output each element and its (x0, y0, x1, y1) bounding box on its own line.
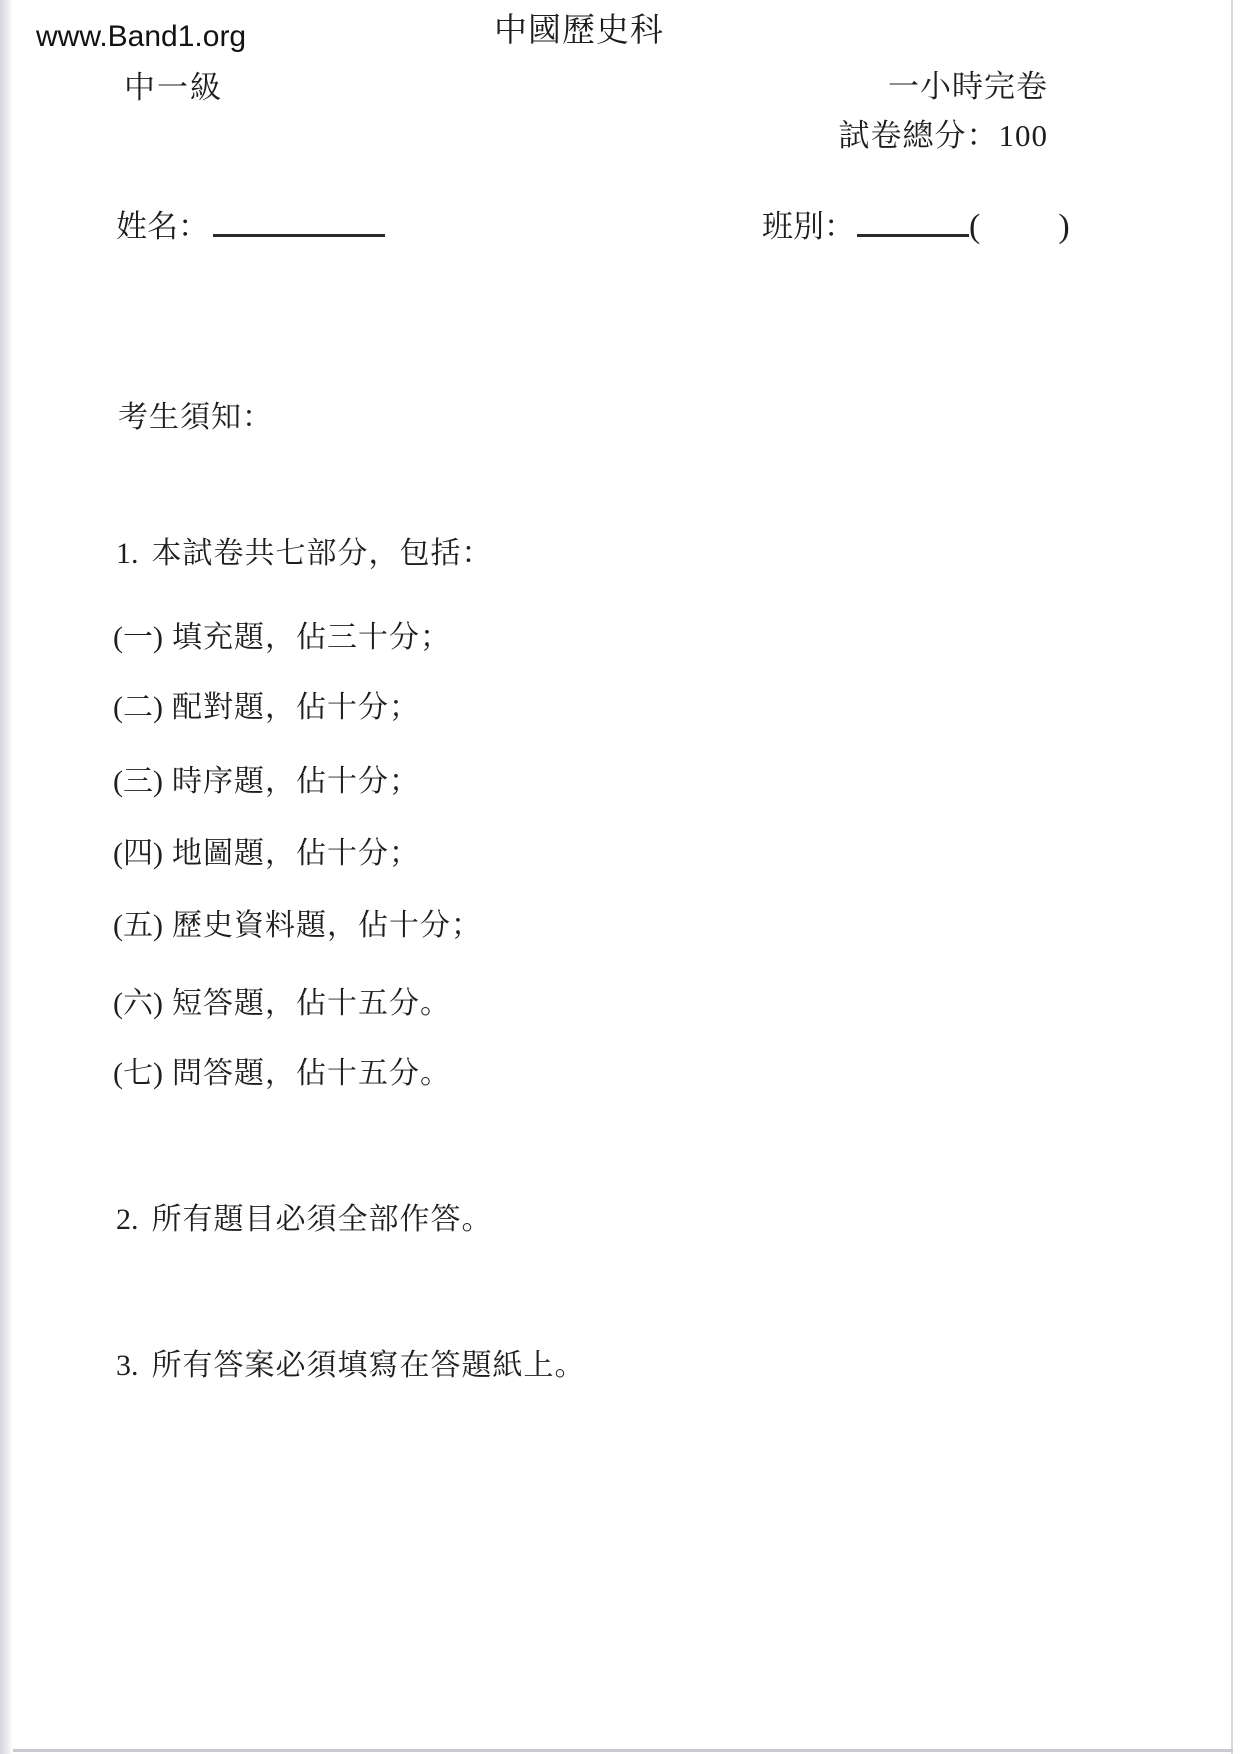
class-paren-close: ) (1058, 208, 1069, 245)
paper-section-5-number: (五) (113, 909, 163, 942)
subject-title: 中國歷史科 (494, 4, 664, 51)
exam-meta-block: 一小時完卷 試卷總分：100 (839, 62, 1049, 160)
paper-section-2-text: 配對題，佔十分； (172, 691, 420, 724)
paper-section-5: (五)歷史資料題，佔十分； (113, 900, 482, 944)
class-blank-line (857, 200, 969, 237)
paper-section-3-text: 時序題，佔十分； (172, 765, 420, 798)
paper-section-7-number: (七) (113, 1057, 163, 1090)
paper-section-6-number: (六) (113, 987, 163, 1020)
paper-section-1: (一)填充題，佔三十分； (113, 612, 451, 656)
instruction-item-2-text: 所有題目必須全部作答。 (152, 1203, 493, 1236)
paper-section-2-number: (二) (113, 691, 163, 724)
exam-total-score: 試卷總分：100 (839, 111, 1049, 160)
page-left-edge (0, 0, 13, 1754)
paper-section-6: (六)短答題，佔十五分。 (113, 978, 451, 1022)
watermark-url: www.Band1.org (36, 20, 246, 54)
paper-section-2: (二)配對題，佔十分； (113, 682, 420, 726)
page-bottom-edge (13, 1749, 1233, 1752)
class-paren-open: ( (969, 208, 980, 245)
paper-section-4: (四)地圖題，佔十分； (113, 828, 420, 872)
class-label: 班別： (762, 209, 855, 244)
candidates-notice-heading: 考生須知： (118, 392, 273, 436)
paper-section-7-text: 問答題，佔十五分。 (172, 1057, 451, 1090)
paper-section-4-number: (四) (113, 837, 163, 870)
instruction-item-2: 2.所有題目必須全部作答。 (116, 1194, 493, 1238)
name-field-group: 姓名： (116, 200, 385, 246)
instruction-item-3: 3.所有答案必須填寫在答題紙上。 (116, 1340, 586, 1384)
instruction-item-2-number: 2. (116, 1203, 139, 1236)
instruction-item-3-text: 所有答案必須填寫在答題紙上。 (152, 1349, 586, 1382)
instruction-item-1: 1.本試卷共七部分，包括： (116, 528, 493, 572)
paper-section-1-number: (一) (113, 621, 163, 654)
name-blank-line (213, 200, 385, 237)
page-right-edge (1231, 0, 1233, 1754)
paper-section-1-text: 填充題，佔三十分； (172, 621, 451, 654)
grade-level: 中一級 (124, 62, 223, 107)
instruction-item-3-number: 3. (116, 1349, 139, 1382)
exam-paper-page: www.Band1.org 中國歷史科 中一級 一小時完卷 試卷總分：100 姓… (0, 0, 1240, 1754)
paper-section-4-text: 地圖題，佔十分； (172, 837, 420, 870)
instruction-item-1-text: 本試卷共七部分，包括： (152, 537, 493, 570)
instruction-item-1-number: 1. (116, 537, 139, 570)
paper-section-3: (三)時序題，佔十分； (113, 756, 420, 800)
paper-section-6-text: 短答題，佔十五分。 (172, 987, 451, 1020)
class-field-group: 班別：() (762, 200, 1070, 246)
paper-section-3-number: (三) (113, 765, 163, 798)
paper-section-5-text: 歷史資料題，佔十分； (172, 909, 482, 942)
paper-section-7: (七)問答題，佔十五分。 (113, 1048, 451, 1092)
exam-duration: 一小時完卷 (839, 62, 1049, 111)
name-label: 姓名： (116, 209, 209, 244)
